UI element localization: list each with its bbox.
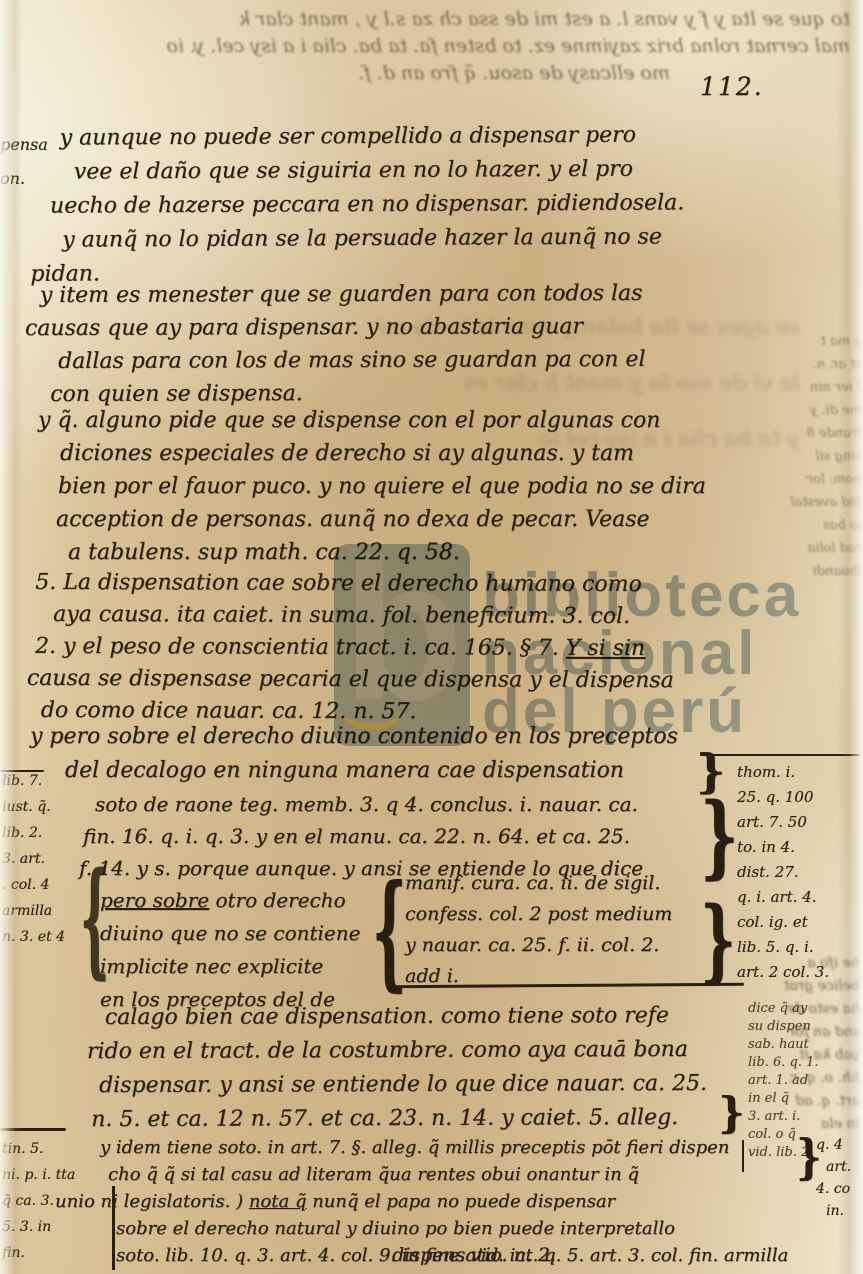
bleedthrough-text: mo ellcasy de asou. q̃ fro an d. f. [20, 60, 670, 87]
manuscript-page: to que se lta y f y vans l. a est mi de … [0, 0, 863, 1274]
manuscript-line: uecho de hazerse peccara en no dispensar… [50, 186, 684, 223]
bottom-right-brace: } [796, 1134, 822, 1182]
manuscript-text: 2. y el peso de conscientia tract. i. ca… [35, 634, 566, 661]
manuscript-line: calago bien cae dispensation. como tiene… [105, 999, 707, 1035]
manuscript-line: manif. cura. ca. ii. de sigil. [405, 868, 672, 899]
manuscript-line: causa se dispensase pecaria el que dispe… [27, 663, 674, 697]
manuscript-line: y pero sobre el derecho diuino contenido… [30, 720, 678, 754]
manuscript-line: fin. 16. q. i. q. 3. y en el manu. ca. 2… [83, 820, 643, 852]
paragraph-3: y q̃. alguno pide que se dispense con el… [38, 404, 706, 569]
manuscript-line: y q̃. alguno pide que se dispense con el… [38, 404, 706, 437]
margin-note: dist. 27. [737, 860, 829, 885]
margin-note: in el q̃ [748, 1090, 818, 1108]
manuscript-line: causas que ay para dispensar. y no abast… [25, 310, 646, 345]
manuscript-text: unio ni legislatoris. ) [55, 1191, 249, 1212]
margin-brace-1: } [700, 792, 739, 882]
manuscript-line: dispensatio. n. 2. [392, 1244, 556, 1266]
bottom-last-line: dispensatio. n. 2. [392, 1244, 556, 1266]
manuscript-line: bien por el fauor puco. y no quiere el q… [58, 470, 706, 503]
manuscript-line: rido en el tract. de la costumbre. como … [87, 1033, 707, 1069]
manuscript-line: 5. La dispensation cae sobre el derecho … [35, 567, 674, 601]
margin-note: thom. i. [737, 760, 829, 785]
left-margin-brace: { [80, 856, 110, 980]
manuscript-line: 2. y el peso de conscientia tract. i. ca… [35, 631, 674, 665]
manuscript-line: sobre el derecho natural y diuino po bie… [116, 1215, 788, 1242]
margin-note: lib. 5. q. i. [737, 935, 829, 960]
paragraph-1: y aunque no puede ser compellido a dispe… [60, 118, 685, 291]
manuscript-line: pero sobre otro derecho [100, 884, 360, 917]
manuscript-line: dallas para con los de mas sino se guard… [58, 343, 646, 378]
page-left-edge [0, 0, 22, 1274]
margin-note: 25. q. 100 [737, 785, 829, 810]
boxed-section-right-column: manif. cura. ca. ii. de sigil. confess. … [405, 868, 672, 992]
manuscript-line: diciones especiales de derecho si ay alg… [60, 437, 706, 470]
underlined-text: pero sobre [100, 888, 209, 912]
margin-note: lib. 6. q. 1. [748, 1054, 818, 1072]
manuscript-line: acception de personas. aunq̃ no dexa de … [56, 503, 706, 536]
manuscript-line: cho q̃ q̃ si tal casu ad literam q̃ua re… [108, 1161, 788, 1188]
margin-note: dice q̃ ay [748, 1000, 818, 1018]
manuscript-line: soto de raone teg. memb. 3. q 4. conclus… [95, 788, 643, 820]
manuscript-line: del decalogo en ninguna manera cae dispe… [65, 754, 678, 788]
margin-note: col. ig. et [737, 910, 829, 935]
margin-note: q. i. art. 4. [737, 885, 829, 910]
manuscript-line: confess. col. 2 post medium [405, 899, 672, 930]
paragraph-6: calago bien cae dispensation. como tiene… [105, 999, 707, 1137]
manuscript-line: y item es menester que se guarden para c… [40, 277, 646, 312]
manuscript-line: y aunque no puede ser compellido a dispe… [60, 118, 684, 155]
paragraph-5: y pero sobre el derecho diuino contenido… [30, 720, 678, 788]
manuscript-line: a tabulens. sup math. ca. 22. q. 58. [68, 536, 706, 569]
margin-brace-2: } [700, 896, 736, 986]
column-brace: { [372, 868, 407, 992]
underlined-text: nota q̃ [249, 1191, 307, 1212]
paragraph-4: 5. La dispensation cae sobre el derecho … [35, 567, 674, 729]
manuscript-text: nunq̃ el papa no puede dispensar [306, 1191, 615, 1212]
margin-boxed-right: thom. i. 25. q. 100 art. 7. 50 to. in 4.… [737, 760, 829, 985]
manuscript-line: vee el daño que se siguiria en no lo haz… [74, 152, 684, 189]
boxed-section-left-column: pero sobre otro derecho diuino que no se… [100, 884, 360, 1016]
p6-margin-brace: } [718, 1092, 745, 1134]
margin-note: su dispen [748, 1018, 818, 1036]
manuscript-line: n. 5. et ca. 12 n. 57. et ca. 23. n. 14.… [91, 1101, 707, 1137]
manuscript-line: y aunq̃ no lo pidan se la persuade hazer… [62, 220, 684, 257]
margin-note: art. 2 col. 3. [737, 960, 829, 985]
manuscript-line: y nauar. ca. 25. f. ii. col. 2. [405, 930, 672, 961]
manuscript-line: aya causa. ita caiet. in suma. fol. bene… [53, 599, 674, 633]
underlined-text: Y si sin [566, 636, 645, 661]
page-right-edge [837, 0, 863, 1274]
margin-note: art. 7. 50 [737, 810, 829, 835]
margin-note: art. 1. ad [748, 1072, 818, 1090]
margin-note: 3. art. i. [748, 1108, 818, 1126]
manuscript-line: unio ni legislatoris. ) nota q̃ nunq̃ el… [55, 1188, 788, 1215]
manuscript-line: implicite nec explicite [100, 950, 360, 983]
bottom-left-bracket [112, 1186, 115, 1270]
manuscript-line: y idem tiene soto. in art. 7. §. alleg. … [100, 1134, 788, 1161]
manuscript-line: dispensar. y ansi se entiende lo que dic… [99, 1067, 707, 1103]
manuscript-text: otro derecho [209, 888, 346, 912]
margin-note: sab. haut [748, 1036, 818, 1054]
page-number: 112. [700, 72, 764, 101]
bleedthrough-text: to que se lta y f y vans l. a est mi de … [20, 6, 850, 33]
bleedthrough-text: mal cernat rolna briz zayimne ez. to bst… [20, 33, 850, 60]
manuscript-line: diuino que no se contiene [100, 917, 360, 950]
paragraph-2: y item es menester que se guarden para c… [40, 277, 646, 411]
margin-note: to. in 4. [737, 835, 829, 860]
